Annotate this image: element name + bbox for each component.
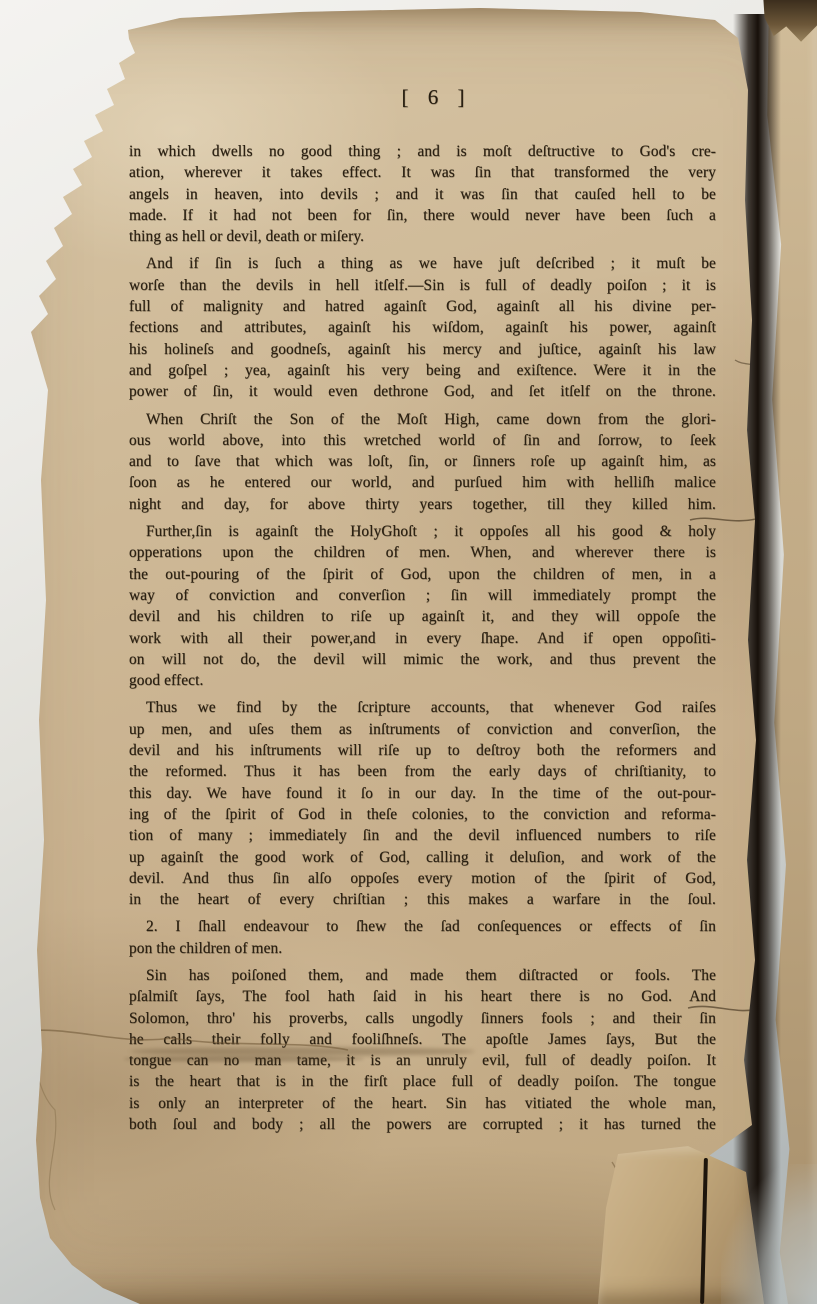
text-line: devil and his children to riſe up againſ… bbox=[129, 606, 716, 627]
ink-smudge bbox=[124, 1056, 364, 1062]
text-line: ous world above, into this wretched worl… bbox=[129, 430, 716, 451]
text-line: Further,ſin is againſt the HolyGhoſt ; i… bbox=[129, 521, 716, 542]
text-line: up men, and uſes them as inſtruments of … bbox=[129, 719, 716, 740]
text-line: and goſpel ; yea, againſt his very being… bbox=[129, 360, 716, 381]
text-line: tion of many ; immediately ſin and the d… bbox=[129, 825, 716, 846]
text-line: devil and his inſtruments will riſe up t… bbox=[129, 740, 716, 761]
text-line: his holineſs and goodneſs, againſt his m… bbox=[129, 339, 716, 360]
text-line: power of ſin, it would even dethrone God… bbox=[129, 381, 716, 402]
text-line: made. If it had not been for ſin, there … bbox=[129, 205, 716, 226]
text-line: way of conviction and converſion ; ſin w… bbox=[129, 585, 716, 606]
page-number: [ 6 ] bbox=[129, 84, 716, 110]
text-line: in the heart of every chriſtian ; this m… bbox=[129, 889, 716, 910]
scanned-book-page: [ 6 ] in which dwells no good thing ; an… bbox=[0, 0, 817, 1304]
text-line: devil. And thus ſin alſo oppoſes every m… bbox=[129, 868, 716, 889]
text-line: Solomon, thro' his proverbs, calls ungod… bbox=[129, 1008, 716, 1029]
text-line: ation, wherever it takes effect. It was … bbox=[129, 162, 716, 183]
text-line: work with all their power,and in every ſ… bbox=[129, 628, 716, 649]
ink-smudge bbox=[130, 1047, 475, 1056]
text-line: opperations upon the children of men. Wh… bbox=[129, 542, 716, 563]
text-line: pon the children of men. bbox=[129, 938, 716, 959]
paragraph: in which dwells no good thing ; and is m… bbox=[129, 141, 716, 247]
text-line: Thus we find by the ſcripture accounts, … bbox=[129, 697, 716, 718]
text-line: thing as hell or devil, death or miſery. bbox=[129, 226, 716, 247]
text-line: the out-pouring of the ſpirit of God, up… bbox=[129, 564, 716, 585]
text-line: both ſoul and body ; all the powers are … bbox=[129, 1114, 716, 1135]
text-line: and to ſave that which was loſt, ſin, or… bbox=[129, 451, 716, 472]
book-page: [ 6 ] in which dwells no good thing ; an… bbox=[0, 0, 817, 1304]
text-line: ing of the ſpirit of God in theſe coloni… bbox=[129, 804, 716, 825]
text-line: And if ſin is ſuch a thing as we have ju… bbox=[129, 253, 716, 274]
text-line: the reformed. Thus it has been from the … bbox=[129, 761, 716, 782]
text-line: is the heart that is in the firſt place … bbox=[129, 1071, 716, 1092]
paragraph: When Chriſt the Son of the Moſt High, ca… bbox=[129, 409, 716, 515]
paragraph: 2. I ſhall endeavour to ſhew the ſad con… bbox=[129, 916, 716, 959]
page-text: [ 6 ] in which dwells no good thing ; an… bbox=[129, 84, 716, 1135]
text-line: this day. We have found it ſo in our day… bbox=[129, 783, 716, 804]
paragraph: Thus we find by the ſcripture accounts, … bbox=[129, 697, 716, 910]
text-line: When Chriſt the Son of the Moſt High, ca… bbox=[129, 409, 716, 430]
text-line: in which dwells no good thing ; and is m… bbox=[129, 141, 716, 162]
text-line: angels in heaven, into devils ; and it w… bbox=[129, 184, 716, 205]
text-line: night and day, for above thirty years to… bbox=[129, 494, 716, 515]
text-line: Sin has poiſoned them, and made them diſ… bbox=[129, 965, 716, 986]
text-line: fections and attributes, againſt his wiſ… bbox=[129, 317, 716, 338]
text-line: ſoon as he entered our world, and purſue… bbox=[129, 472, 716, 493]
text-line: up againſt the good work of God, calling… bbox=[129, 847, 716, 868]
background-blur-corner bbox=[721, 1164, 817, 1304]
paragraph: And if ſin is ſuch a thing as we have ju… bbox=[129, 253, 716, 402]
text-line: is only an interpreter of the heart. Sin… bbox=[129, 1093, 716, 1114]
text-line: on will not do, the devil will mimic the… bbox=[129, 649, 716, 670]
paragraph: Further,ſin is againſt the HolyGhoſt ; i… bbox=[129, 521, 716, 691]
text-line: full of malignity and hatred againſt God… bbox=[129, 296, 716, 317]
text-line: 2. I ſhall endeavour to ſhew the ſad con… bbox=[129, 916, 716, 937]
text-line: good effect. bbox=[129, 670, 716, 691]
text-line: pſalmiſt ſays, The fool hath ſaid in his… bbox=[129, 986, 716, 1007]
text-line: worſe than the devils in hell itſelf.—Si… bbox=[129, 275, 716, 296]
